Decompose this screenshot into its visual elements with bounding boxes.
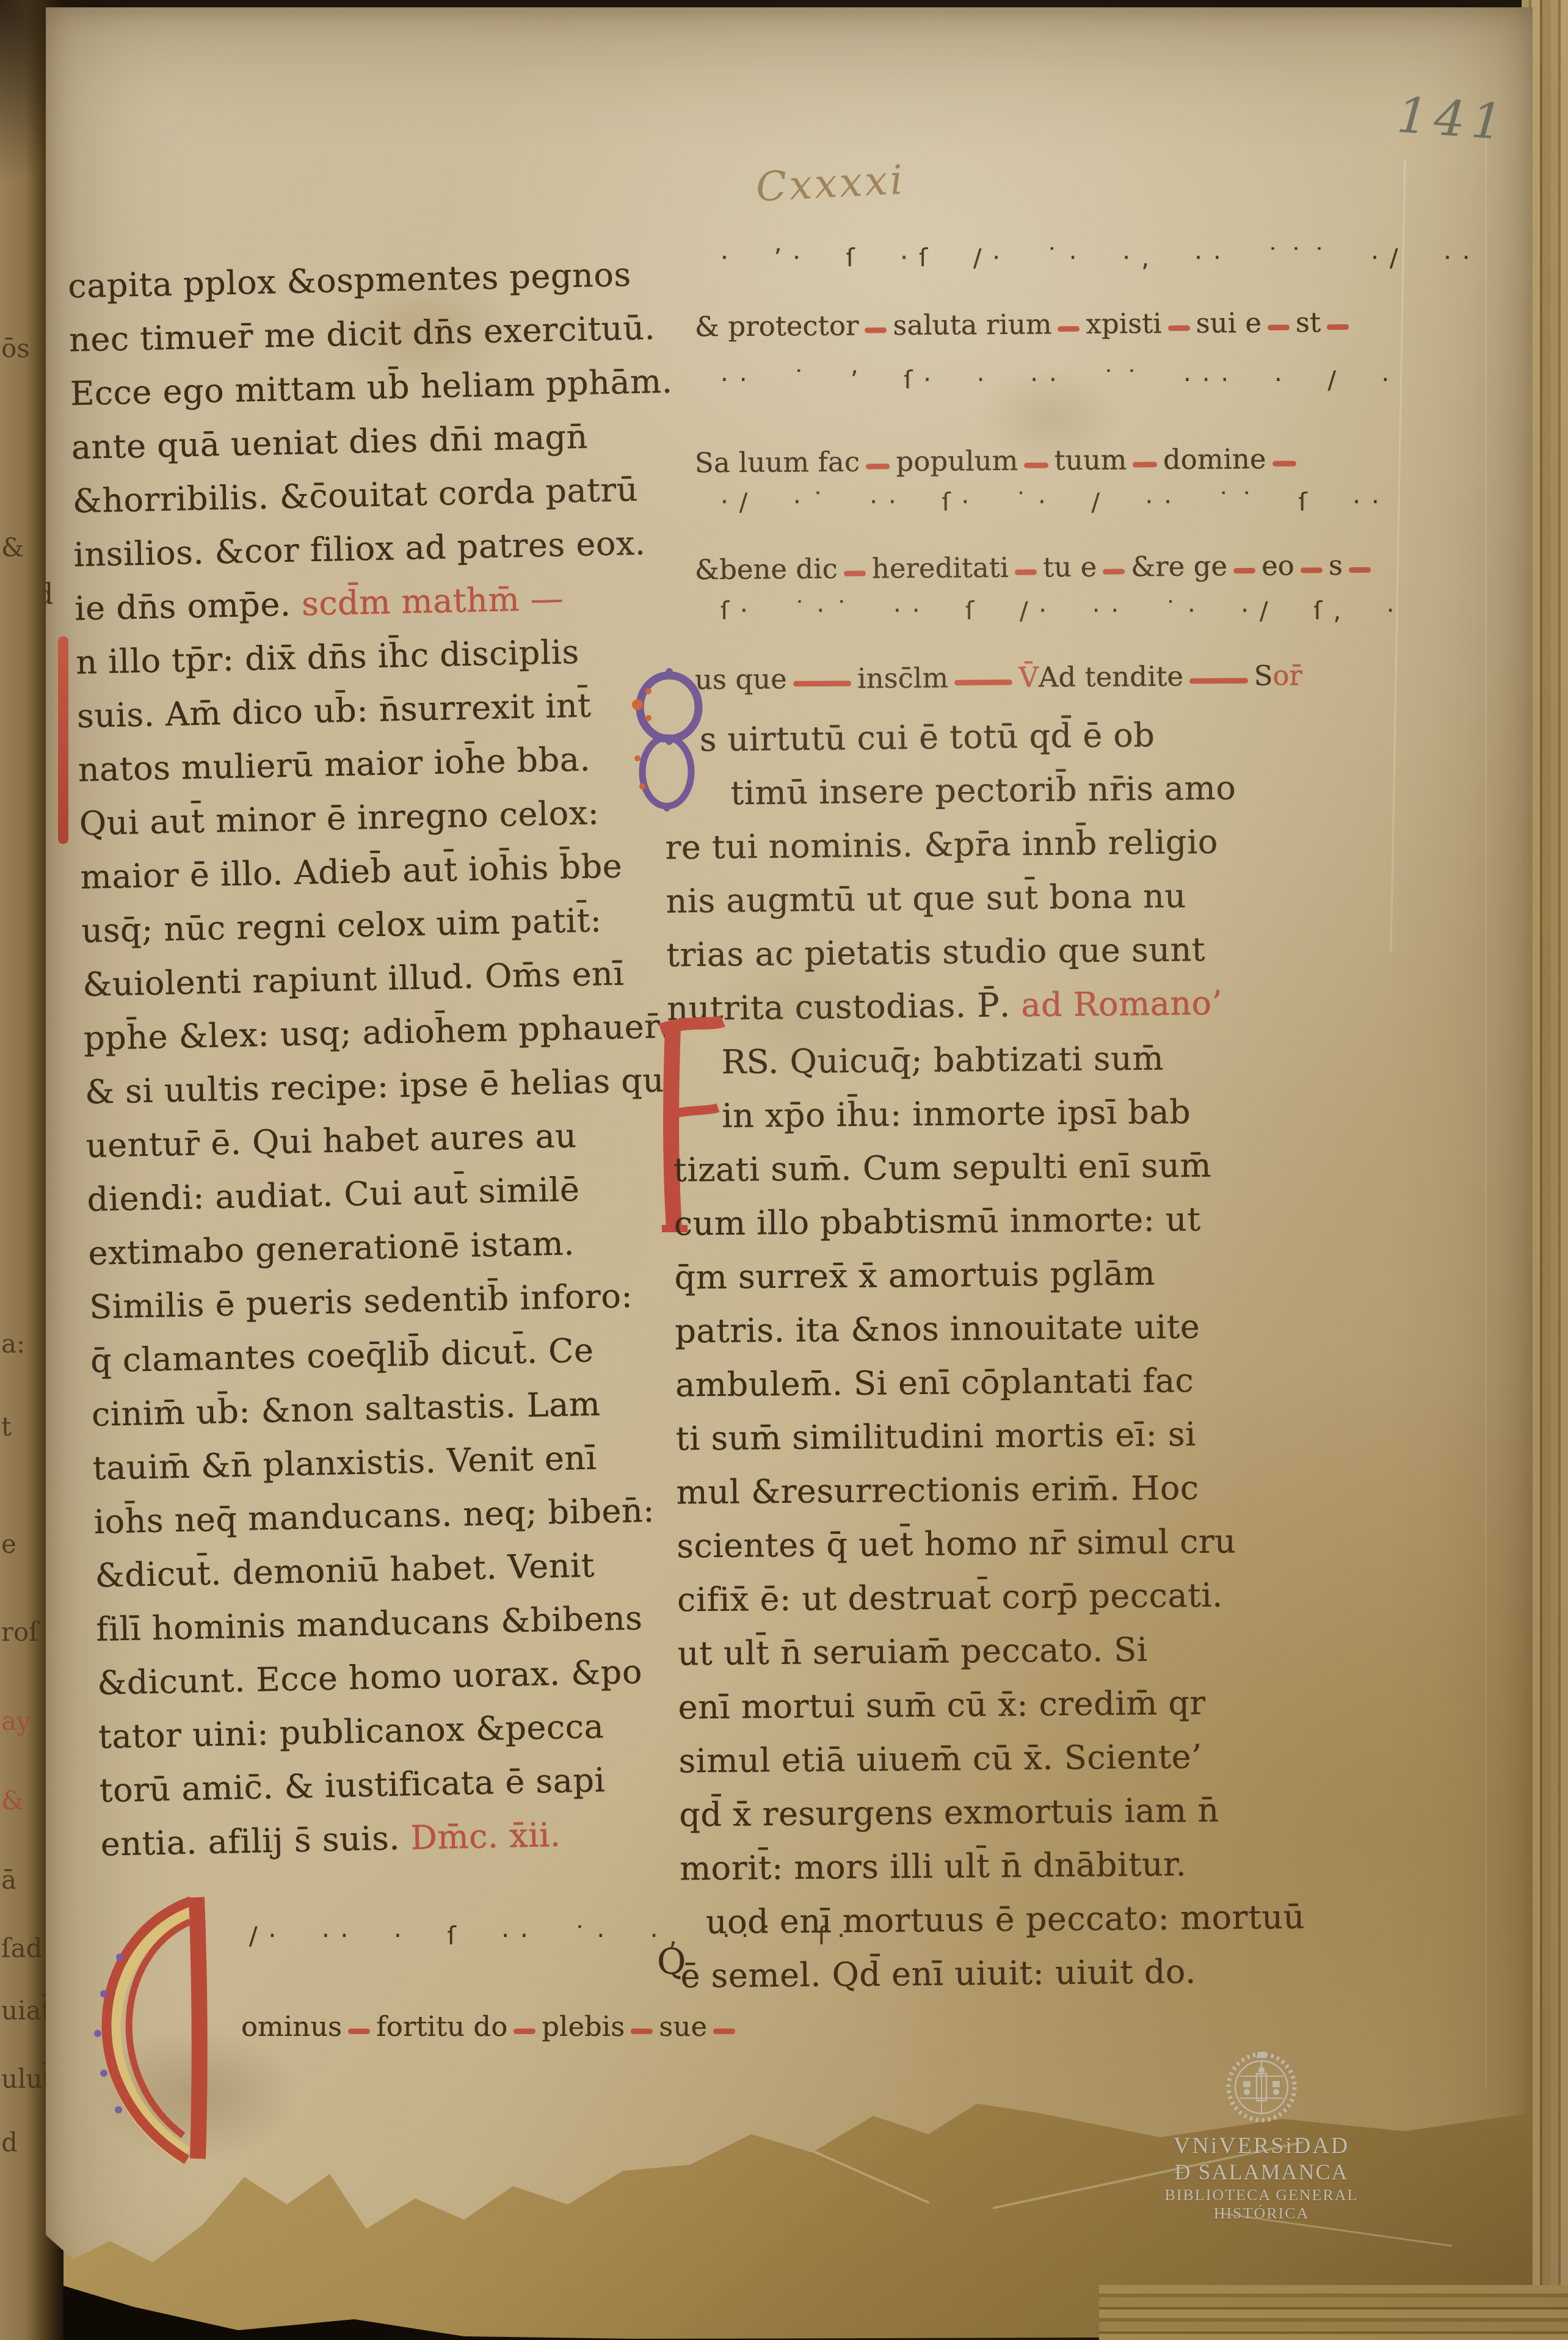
collect-line: s uirtutū cui ē totū qd̄ ē ob [664,707,1299,768]
epistle-line: RS. Quicuq̄; babtizati sum̄ [672,1031,1302,1090]
pencil-folio-number: 141 [1395,87,1511,151]
red-line-filler [348,2029,370,2034]
lyric-syllable: sui e [1196,307,1261,340]
gutter-fragment: ulut̄ [1,2066,33,2092]
gutter-fragment: & [1,1788,33,1814]
chant-lyric-line: ominusfortitu doplebissue [241,2010,662,2043]
folio-content: 141 Cxxxxi capita pplox &ospmentes pegno… [0,0,1568,2340]
lyric-syllable: st [1296,306,1321,338]
epistle-line: cum illo pbabtismū inmorte: ut [673,1192,1303,1251]
chant-lyric-line: &bene dichereditatitu e&re geeos [695,550,1302,586]
red-line-filler [1189,678,1247,684]
red-line-filler [1133,462,1157,467]
text-segment: ie dn̄s omp̄e. [74,584,302,628]
collect-line: re tui nominis. &pr̄a innb̄ religio [665,815,1301,875]
collect-line: nutrita custodias. P̄. ad Romano’ [667,976,1302,1036]
lyric-syllable: &bene dic [695,553,838,586]
epistle-line: ambulem̄. Si enī cōplantati fac [675,1353,1305,1412]
roman-numeral-heading: Cxxxxi [755,156,906,211]
rubric-segment: ad Romano’ [1021,984,1223,1024]
vertical-crease [1485,134,1487,2088]
red-line-filler [954,680,1012,686]
gutter-fragment: ā [1,1867,33,1893]
lyric-syllable: fortitu do [376,2010,507,2043]
gutter-fragment: a: [1,1331,33,1357]
epistle-line: qd̄ x̄ resurgens exmortuis iam n̄ [679,1782,1308,1842]
red-line-filler [1272,461,1297,467]
lyric-rubric: or̄ [1272,659,1302,692]
lyric-syllable: domine [1163,443,1266,476]
epistle-line: patris. ita &nos innouitate uite [675,1299,1304,1359]
epistle-line: cifix̄ ē: ut destruat̄ corp̄ peccati. [677,1568,1307,1627]
neume-row: ·∕ ·˙ ·· ſ· ˙· ∕ ·· ˙˙ ſ ·· [720,489,1288,517]
red-line-filler [1233,568,1255,573]
rubric-segment: Dm̄c. x̄ii. [410,1815,561,1857]
chant-lyric-line: & protectorsaluta riumxpistisui est [695,307,1302,343]
lyric-syllable: xpisti [1086,307,1162,340]
red-line-filler [1301,567,1323,573]
epistle-line: in xp̄o ih̄u: inmorte ipsī bab [673,1085,1302,1144]
red-line-filler [1168,325,1190,331]
collect-line: nis augmtū ut que sut̄ bona nu [666,868,1301,929]
red-line-filler [1327,324,1349,330]
manuscript-line: entia. afilij s̄ suis. Dm̄c. x̄ii. [100,1806,688,1872]
red-line-filler [631,2029,653,2034]
neume-row: ∕· ·· · ſ ·· ˙· ·‚ ··˙ ſ· [249,1922,664,1950]
red-line-filler [1015,570,1037,575]
lyric-syllable: ominus [241,2010,342,2043]
red-line-filler [844,571,866,576]
left-text-column: capita pplox &ospmentes pegnosnec timuer… [67,247,687,1872]
vertical-crease [1390,159,1406,953]
lyric-syllable: eo [1261,550,1294,582]
gutter-fragment: d [1,2130,33,2156]
neume-row: · ʼ· ſ ·ſ ∕· ˙· ·‚ ·· ˙˙˙ ·∕ ·· [720,244,1288,272]
manuscript-scan-page: ōs&a:teroſay&āſaduiat̄ulut̄d 141 Cxxxxi … [0,0,1568,2340]
gutter-fragment: & [1,535,33,561]
margin-initial-q: Q [657,1935,686,1988]
collect-text: s uirtutū cui ē totū qd̄ ē obtimū insere… [664,707,1302,1036]
gutter-fragment: ōs [1,336,33,362]
lyric-syllable: &re ge [1131,550,1227,583]
gutter-fragment: e [1,1532,33,1557]
lyric-syllable: sue [659,2010,707,2043]
red-line-filler [865,327,887,333]
epistle-line: ē semel. Qd̄ enī uiuit: uiuit do. [680,1944,1310,2003]
red-line-filler [1349,567,1371,573]
lyric-syllable: tu e [1043,551,1097,584]
epistle-line: scientes q̄ uet̄ homo nr̄ simul cru [677,1514,1306,1574]
epistle-line: q̄m surrex̄ x̄ amortuis pglām [674,1246,1304,1305]
stain [977,366,1123,470]
collect-line: timū insere pectorib̄ nr̄is amo [664,761,1300,821]
lyric-syllable: Ad tendite [1039,660,1184,694]
lyric-rubric: V̄ [1018,661,1039,694]
epistle-line: tizati sum̄. Cum sepulti enī sum̄ [673,1138,1303,1197]
epistle-line: mul &resurrectionis erim̄. Hoc [676,1461,1305,1520]
bottom-page-edges [1099,2285,1568,2340]
lyric-syllable: insc̄lm [857,662,948,695]
red-line-filler [514,2029,535,2034]
lyric-syllable: & protector [695,310,859,343]
neume-row: ſ· ˙·˙ ·· ſ ∕· ·· ˙· ·∕ ſ‚ · [720,597,1288,625]
epistle-line: ti sum̄ similitudini mortis eī: si [675,1407,1305,1466]
epistle-line: simul etiā uiuem̄ cū x̄. Sciente’ [678,1729,1308,1788]
watermark-biblioteca: BIBLIOTECA GENERAL HISTÓRICA [1133,2186,1390,2223]
initial-i-red [58,636,68,844]
red-line-filler [1058,326,1080,332]
chant-lyric-line: us queinsc̄lmV̄Ad tenditeSor̄ [695,659,1302,696]
watermark-salamanca: Đ SALAMANCA [1164,2159,1359,2185]
red-line-filler [1268,325,1290,330]
watermark-universidad: VNiVERSiDAD [1164,2132,1359,2159]
epistle-text: RS. Quicuq̄; babtizati sum̄in xp̄o ih̄u:… [672,1031,1310,2004]
gutter-fragment: t [1,1414,33,1440]
red-line-filler [1103,569,1125,575]
university-seal-watermark [1225,2051,1298,2124]
red-line-filler [793,681,851,687]
red-line-filler [866,463,890,469]
red-line-filler [713,2029,735,2034]
gutter-fragment: uiat̄ [1,1998,33,2024]
collect-line: trias ac pietatis studio que sunt [666,922,1302,983]
lyric-syllable: plebis [542,2010,625,2043]
lyric-syllable: s [1329,549,1343,581]
lyric-syllable: saluta rium [893,308,1051,341]
gutter-fragment: ay [1,1709,33,1734]
lyric-syllable: S [1254,659,1272,692]
epistle-line: morit̄: mors illi ult̄ n̄ dnābitur. [680,1836,1309,1895]
gutter-fragment: roſ [1,1619,33,1645]
epistle-line: ut ult̄ n̄ seruiam̄ peccato. Si [678,1621,1307,1681]
epistle-line: uod enī mortuus ē peccato: mortuū [680,1890,1309,1949]
rubric-segment: scd̄m mathm̄ — [301,579,564,623]
lyric-syllable: Sa luum fac [695,446,860,479]
gutter-fragment: ſad [1,1936,33,1961]
text-segment: entia. afilij s̄ suis. [100,1819,411,1864]
initial-d-red-decorated [48,1884,212,2171]
parchment-folio: 141 Cxxxxi capita pplox &ospmentes pegno… [46,7,1533,2340]
lyric-syllable: hereditati [872,551,1009,585]
epistle-line: enī mortui sum̄ cū x̄: credim̄ qr [678,1675,1307,1734]
